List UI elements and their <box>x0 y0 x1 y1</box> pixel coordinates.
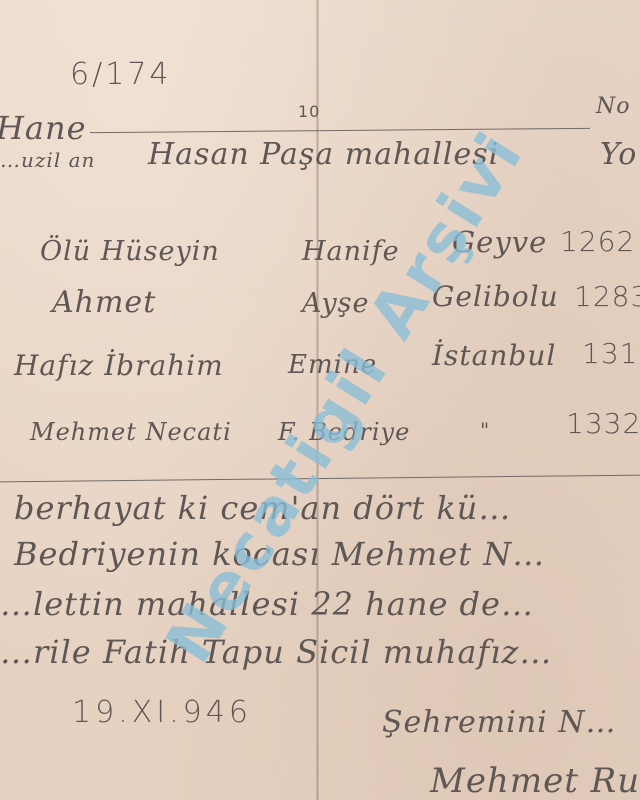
entry-year: 1283 <box>574 283 640 311</box>
body-line: Bedriyenin kocası Mehmet N… <box>14 538 545 570</box>
body-line: berhayat ki cem'an dört kü… <box>14 492 511 524</box>
column-number: 10 <box>298 104 320 120</box>
entry-mother: Emine <box>288 352 377 378</box>
address-text: Hasan Paşa mahallesi <box>148 140 499 170</box>
document-date: 19.XI.946 <box>72 698 252 728</box>
entry-name: Ahmet <box>52 288 156 318</box>
entry-name: Ölü Hüseyin <box>40 238 220 265</box>
signature-line-2: Mehmet Ru… <box>430 764 640 798</box>
body-line: …rile Fatih Tapu Sicil muhafız… <box>0 636 552 668</box>
address-prefix: …uzil an <box>0 150 95 170</box>
entry-birthplace: " <box>480 420 490 440</box>
reference-number: 6/174 <box>70 60 171 90</box>
entry-birthplace: İstanbul <box>432 342 556 370</box>
entry-name: Hafız İbrahim <box>14 352 224 380</box>
entry-year: 1310 <box>582 340 640 368</box>
body-line: …lettin mahallesi 22 hane de… <box>0 588 534 620</box>
entry-mother: Ayşe <box>302 290 370 317</box>
paper-background <box>0 0 640 800</box>
entry-year: 1262 <box>560 228 635 256</box>
entry-birthplace: Gelibolu <box>432 283 559 311</box>
no-label: No <box>596 96 631 118</box>
entry-year: 1332 <box>566 410 640 438</box>
hane-label: Hane <box>0 112 87 144</box>
entry-mother: Hanife <box>302 238 400 265</box>
entry-mother: F. Bedriye <box>278 420 410 444</box>
signature-line-1: Şehremini N… <box>382 708 616 738</box>
address-suffix: Yo… <box>600 140 640 170</box>
entry-name: Mehmet Necati <box>30 420 232 444</box>
entry-birthplace: Geyve <box>452 228 547 257</box>
